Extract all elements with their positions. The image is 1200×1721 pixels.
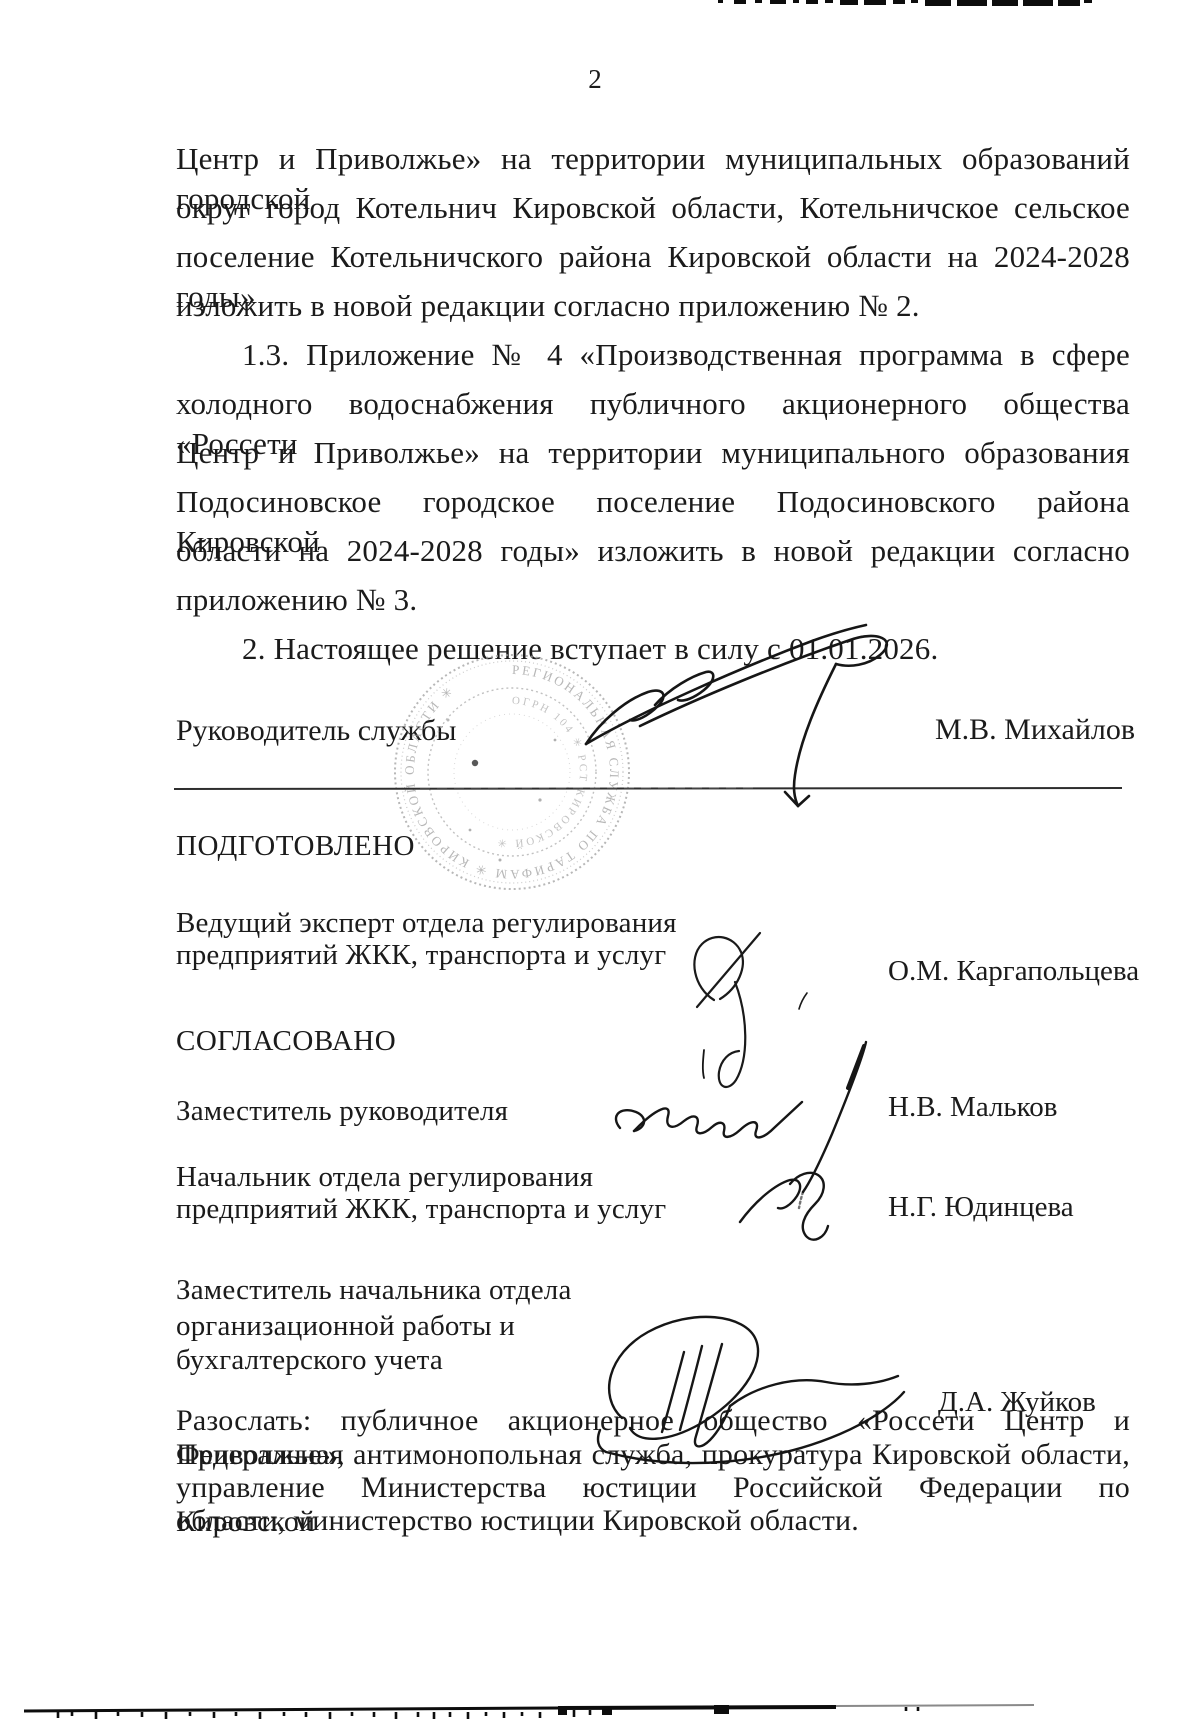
signature-kargapoltseva [694,933,807,1087]
official-round-stamp: РЕГИОНАЛЬНАЯ СЛУЖБА ПО ТАРИФАМ ✳ КИРОВСК… [395,655,629,889]
stamp-inner-text: ОГРН 104 ✳ РСТ КИРОВСКОЙ ✳ [494,695,589,849]
head-position-label: Руководитель службы [176,714,456,748]
body-line: изложить в новой редакции согласно прило… [176,286,1130,326]
stamp-ink-dot [472,760,478,766]
prepared-signatory-name: О.М. Каргапольцева [888,955,1139,987]
svg-text:ОГРН 104 ✳ РСТ КИРОВСКОЙ ✳: ОГРН 104 ✳ РСТ КИРОВСКОЙ ✳ [494,695,589,849]
page-number: 2 [560,64,630,95]
body-line: 1.3. Приложение № 4 «Производственная пр… [242,335,1130,375]
signature-rule-line [174,788,1122,789]
svg-text:РЕГИОНАЛЬНАЯ СЛУЖБА ПО ТАРИФАМ: РЕГИОНАЛЬНАЯ СЛУЖБА ПО ТАРИФАМ ✳ КИРОВСК… [402,662,622,882]
agreed-signatory-name: Н.Г. Юдинцева [888,1191,1074,1223]
agreed-position-line: предприятий ЖКК, транспорта и услуг [176,1193,666,1225]
scan-artifact-top [718,0,1092,6]
scanned-document-page: 2 Центр и Приволжье» на территории муниц… [0,0,1200,1721]
signature-yudintseva [740,1173,828,1240]
body-line: 2. Настоящее решение вступает в силу с 0… [242,629,1130,669]
agreed-section-label: СОГЛАСОВАНО [176,1024,396,1058]
distribution-line: Федеральная антимонопольная служба, прок… [176,1438,1130,1472]
body-line: области на 2024-2028 годы» изложить в но… [176,531,1130,571]
agreed-signatory-name: Н.В. Мальков [888,1091,1057,1123]
body-line: округ город Котельнич Кировской области,… [176,188,1130,228]
head-signatory-name: М.В. Михайлов [935,713,1135,747]
agreed-position-line: Заместитель руководителя [176,1095,508,1127]
agreed-position-line: Заместитель начальника отдела [176,1274,572,1306]
agreed-position-line: бухгалтерского учета [176,1344,443,1376]
prepared-position-line: предприятий ЖКК, транспорта и услуг [176,939,666,971]
scan-artifact-bottom [24,1705,1034,1719]
signature-malkov [616,1042,866,1208]
agreed-position-line: организационной работы и [176,1310,515,1342]
distribution-line: области, министерство юстиции Кировской … [176,1504,1130,1538]
agreed-position-line: Начальник отдела регулирования [176,1161,593,1193]
body-line: приложению № 3. [176,580,1130,620]
body-line: Центр и Приволжье» на территории муницип… [176,433,1130,473]
stamp-ring-text: РЕГИОНАЛЬНАЯ СЛУЖБА ПО ТАРИФАМ ✳ КИРОВСК… [402,662,622,882]
prepared-position-line: Ведущий эксперт отдела регулирования [176,907,677,939]
prepared-section-label: ПОДГОТОВЛЕНО [176,829,415,863]
